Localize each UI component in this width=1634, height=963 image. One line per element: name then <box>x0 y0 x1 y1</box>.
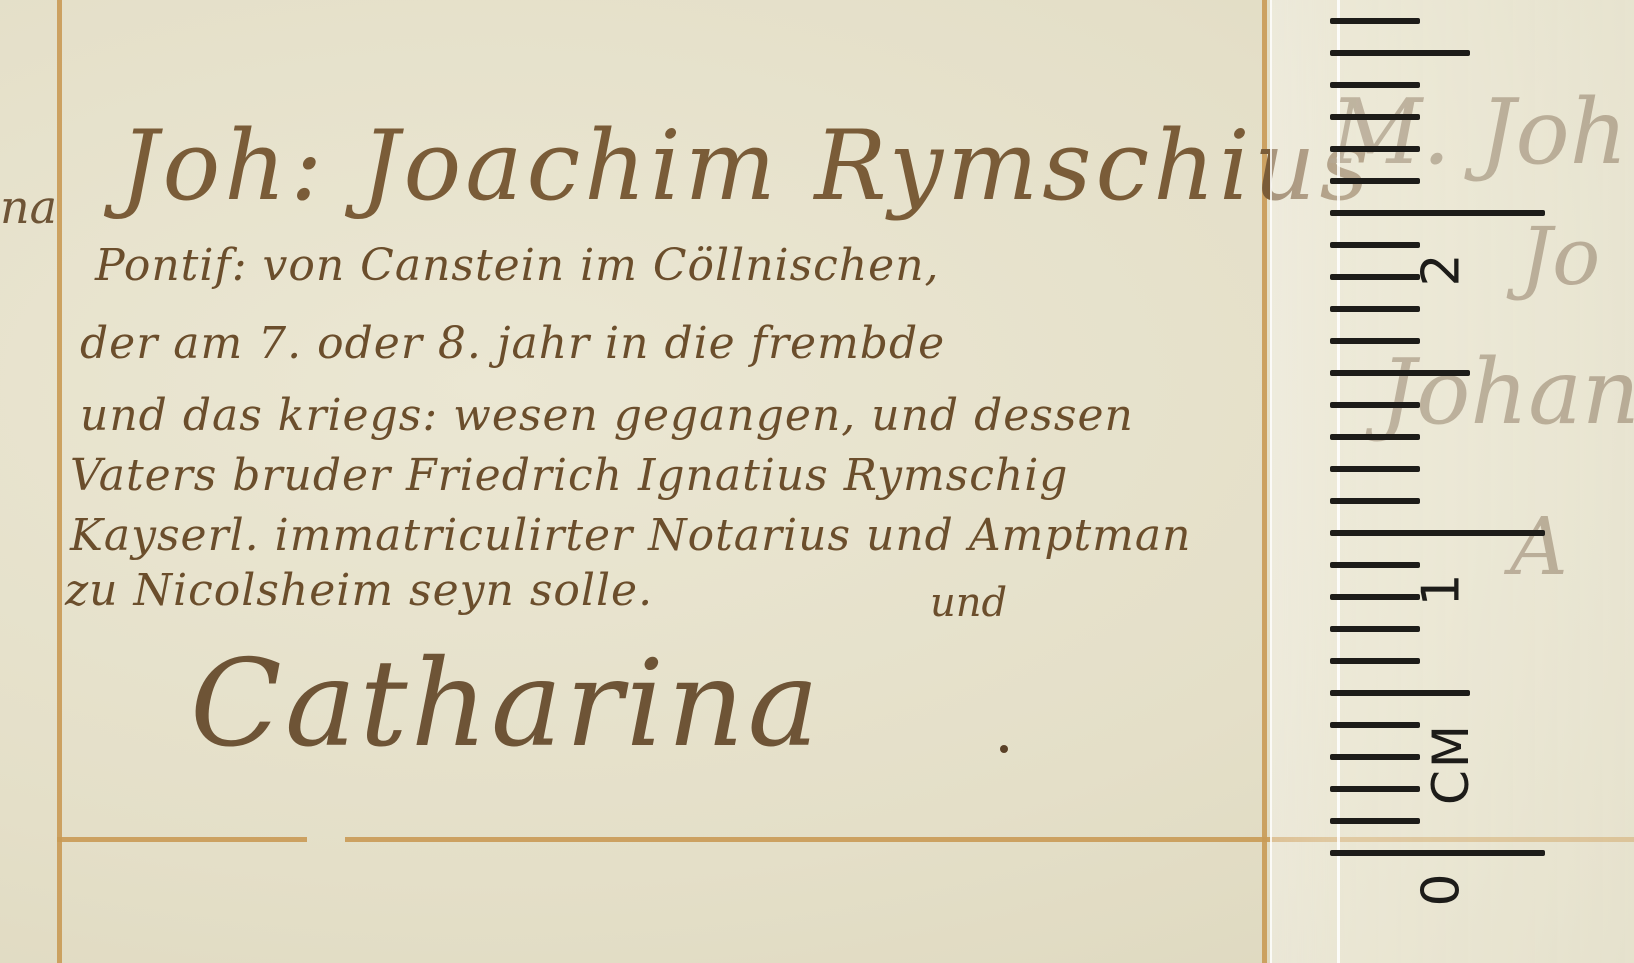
ruler-tick <box>1330 18 1420 24</box>
ruler-tick <box>1330 82 1420 88</box>
ruler-tick <box>1330 818 1420 824</box>
ruler-tick <box>1330 498 1420 504</box>
ruler-tick <box>1330 530 1545 536</box>
ruler-tick <box>1330 658 1420 664</box>
ruler-tick <box>1330 306 1420 312</box>
ruler-tick <box>1330 274 1420 280</box>
ruler-tick <box>1330 338 1420 344</box>
entry-line-4: Vaters bruder Friedrich Ignatius Rymschi… <box>70 450 1068 501</box>
entry-line-5: Kayserl. immatriculirter Notarius und Am… <box>70 510 1191 561</box>
ruler-tick <box>1330 722 1420 728</box>
ruler-label-1: 1 <box>1412 573 1472 606</box>
ruler-tick <box>1330 370 1470 376</box>
entry-heading: Joh: Joachim Rymschius <box>120 110 1373 222</box>
margin-text-fragment: na <box>0 180 57 234</box>
ruler-tick <box>1330 690 1470 696</box>
ruler-tick <box>1330 146 1420 152</box>
ruler-tick <box>1330 50 1470 56</box>
ruler-tick <box>1330 850 1545 856</box>
ruler-label-0: 0 <box>1412 873 1472 906</box>
entry-line-1: Pontif: von Canstein im Cöllnischen, <box>95 240 940 291</box>
ruler-tick <box>1330 466 1420 472</box>
ruler-tick <box>1330 594 1420 600</box>
trailing-word: und <box>930 580 1007 626</box>
entry-line-3: und das kriegs: wesen gegangen, und dess… <box>80 390 1134 441</box>
ruler-tick <box>1330 210 1545 216</box>
ruler-tick <box>1330 242 1420 248</box>
entry-line-6: zu Nicolsheim seyn solle. <box>65 565 653 616</box>
entry-divider-rule-left <box>57 837 307 842</box>
ink-dot <box>1000 745 1008 753</box>
entry-name-catharina: Catharina <box>190 635 822 774</box>
ruler-tick <box>1330 754 1420 760</box>
left-margin-rule <box>57 0 62 963</box>
centimeter-ruler <box>1270 0 1634 963</box>
ruler-tick <box>1330 434 1420 440</box>
entry-line-2: der am 7. oder 8. jahr in die frembde <box>80 318 945 369</box>
ruler-tick <box>1330 562 1420 568</box>
ruler-unit-label: CM <box>1422 723 1480 805</box>
ruler-tick <box>1330 402 1420 408</box>
ruler-tick <box>1330 178 1420 184</box>
ruler-label-2: 2 <box>1412 253 1472 286</box>
ruler-tick <box>1330 786 1420 792</box>
ruler-tick <box>1330 626 1420 632</box>
ruler-tick <box>1330 114 1420 120</box>
